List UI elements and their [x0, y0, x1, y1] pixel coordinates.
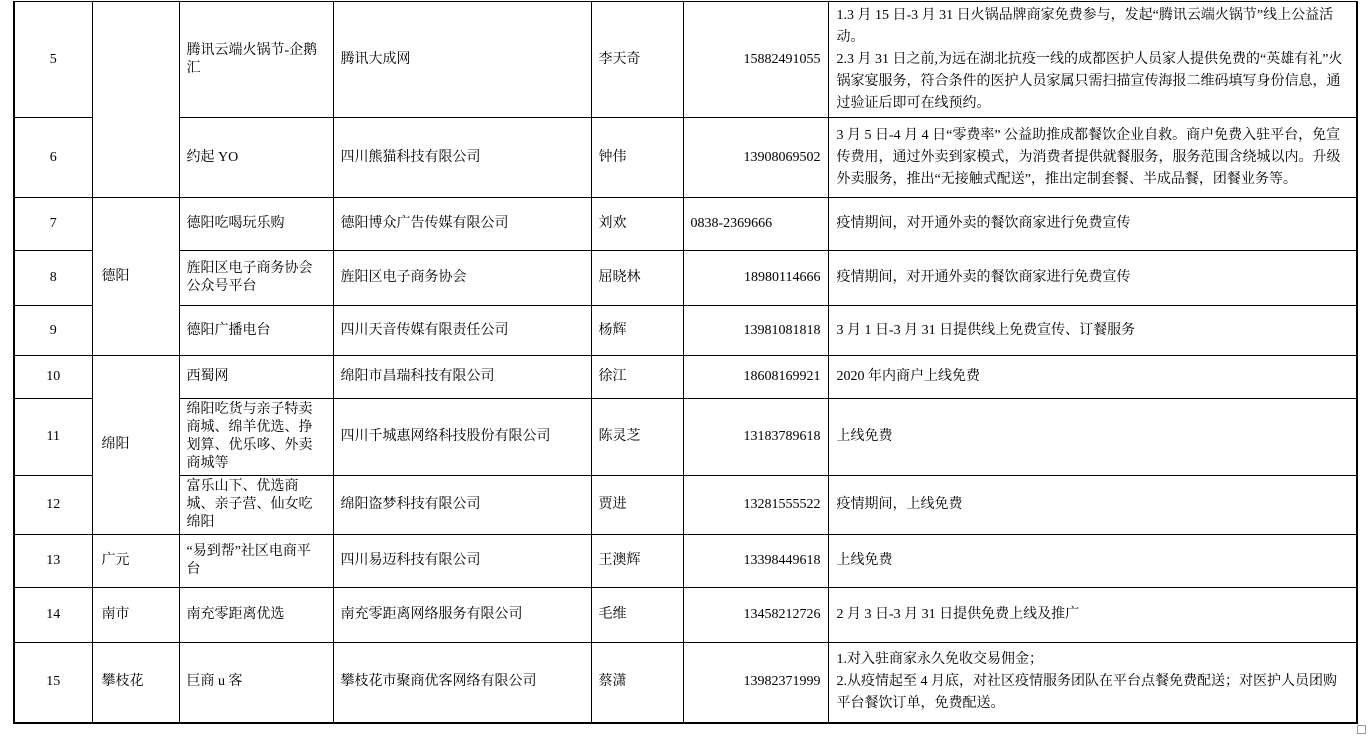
phone-cell: 13982371999 [683, 643, 828, 723]
city-cell [92, 2, 179, 198]
description-cell: 疫情期间，对开通外卖的餐饮商家进行免费宣传 [828, 251, 1357, 306]
platform-table: 5 腾讯云端火锅节-企鹅汇 腾讯大成网 李天奇 15882491055 1.3 … [13, 1, 1358, 724]
table-resize-handle[interactable] [1357, 725, 1366, 734]
description-paragraph: 疫情期间，对开通外卖的餐饮商家进行免费宣传 [837, 267, 1349, 289]
description-paragraph: 疫情期间，对开通外卖的餐饮商家进行免费宣传 [837, 213, 1349, 235]
description-paragraph: 1.对入驻商家永久免收交易佣金； [837, 649, 1349, 671]
phone-cell: 15882491055 [683, 2, 828, 118]
city-cell: 德阳 [92, 198, 179, 356]
phone-cell: 13398449618 [683, 535, 828, 588]
contact-cell: 王澳辉 [591, 535, 683, 588]
contact-cell: 李天奇 [591, 2, 683, 118]
table-row: 10 绵阳 西蜀网 绵阳市昌瑞科技有限公司 徐江 18608169921 202… [14, 356, 1357, 399]
table-row: 12 富乐山下、优选商城、亲子营、仙女吃绵阳 绵阳盗梦科技有限公司 贾进 132… [14, 476, 1357, 535]
document-table-container: 5 腾讯云端火锅节-企鹅汇 腾讯大成网 李天奇 15882491055 1.3 … [13, 1, 1358, 724]
phone-cell: 18608169921 [683, 356, 828, 399]
description-paragraph: 3 月 1 日-3 月 31 日提供线上免费宣传、订餐服务 [837, 320, 1349, 342]
description-cell: 疫情期间，对开通外卖的餐饮商家进行免费宣传 [828, 198, 1357, 251]
contact-cell: 杨辉 [591, 306, 683, 356]
contact-cell: 毛维 [591, 588, 683, 643]
city-cell: 绵阳 [92, 356, 179, 535]
row-number-cell: 13 [14, 535, 92, 588]
row-number-cell: 15 [14, 643, 92, 723]
contact-cell: 蔡潇 [591, 643, 683, 723]
description-paragraph: 2 月 3 日-3 月 31 日提供免费上线及推广 [837, 604, 1349, 626]
row-number-cell: 14 [14, 588, 92, 643]
description-cell: 3 月 5 日-4 月 4 日“零费率” 公益助推成都餐饮企业自救。商户免费入驻… [828, 118, 1357, 198]
platform-cell: 绵阳吃货与亲子特卖商城、绵羊优选、挣划算、优乐哆、外卖商城等 [179, 399, 333, 476]
description-cell: 3 月 1 日-3 月 31 日提供线上免费宣传、订餐服务 [828, 306, 1357, 356]
contact-cell: 刘欢 [591, 198, 683, 251]
table-row: 8 旌阳区电子商务协会公众号平台 旌阳区电子商务协会 屈晓林 189801146… [14, 251, 1357, 306]
company-cell: 腾讯大成网 [333, 2, 591, 118]
phone-cell: 13458212726 [683, 588, 828, 643]
city-cell: 广元 [92, 535, 179, 588]
description-paragraph: 疫情期间，上线免费 [837, 494, 1349, 516]
table-row: 5 腾讯云端火锅节-企鹅汇 腾讯大成网 李天奇 15882491055 1.3 … [14, 2, 1357, 118]
city-cell: 攀枝花 [92, 643, 179, 723]
platform-cell: 富乐山下、优选商城、亲子营、仙女吃绵阳 [179, 476, 333, 535]
phone-cell: 18980114666 [683, 251, 828, 306]
row-number-cell: 7 [14, 198, 92, 251]
description-cell: 2020 年内商户上线免费 [828, 356, 1357, 399]
description-paragraph: 2.从疫情起至 4 月底，对社区疫情服务团队在平台点餐免费配送；对医护人员团购平… [837, 671, 1349, 715]
contact-cell: 陈灵芝 [591, 399, 683, 476]
description-paragraph: 2.3 月 31 日之前,为远在湖北抗疫一线的成都医护人员家人提供免费的“英雄有… [837, 49, 1349, 115]
row-number-cell: 5 [14, 2, 92, 118]
phone-cell: 13281555522 [683, 476, 828, 535]
description-cell: 2 月 3 日-3 月 31 日提供免费上线及推广 [828, 588, 1357, 643]
company-cell: 四川熊猫科技有限公司 [333, 118, 591, 198]
table-row: 13 广元 “易到帮”社区电商平台 四川易迈科技有限公司 王澳辉 1339844… [14, 535, 1357, 588]
company-cell: 四川千城惠网络科技股份有限公司 [333, 399, 591, 476]
phone-cell: 13183789618 [683, 399, 828, 476]
company-cell: 南充零距离网络服务有限公司 [333, 588, 591, 643]
row-number-cell: 12 [14, 476, 92, 535]
description-cell: 疫情期间，上线免费 [828, 476, 1357, 535]
description-paragraph: 上线免费 [837, 550, 1349, 572]
platform-cell: 南充零距离优选 [179, 588, 333, 643]
city-cell: 南市 [92, 588, 179, 643]
description-paragraph: 3 月 5 日-4 月 4 日“零费率” 公益助推成都餐饮企业自救。商户免费入驻… [837, 125, 1349, 191]
platform-cell: “易到帮”社区电商平台 [179, 535, 333, 588]
description-cell: 上线免费 [828, 535, 1357, 588]
contact-cell: 徐江 [591, 356, 683, 399]
platform-cell: 约起 YO [179, 118, 333, 198]
company-cell: 旌阳区电子商务协会 [333, 251, 591, 306]
description-paragraph: 1.3 月 15 日-3 月 31 日火锅品牌商家免费参与，发起“腾讯云端火锅节… [837, 5, 1349, 49]
phone-cell: 13981081818 [683, 306, 828, 356]
row-number-cell: 9 [14, 306, 92, 356]
row-number-cell: 8 [14, 251, 92, 306]
contact-cell: 钟伟 [591, 118, 683, 198]
company-cell: 攀枝花市聚商优客网络有限公司 [333, 643, 591, 723]
table-row: 11 绵阳吃货与亲子特卖商城、绵羊优选、挣划算、优乐哆、外卖商城等 四川千城惠网… [14, 399, 1357, 476]
table-row: 7 德阳 德阳吃喝玩乐购 德阳博众广告传媒有限公司 刘欢 0838-236966… [14, 198, 1357, 251]
company-cell: 绵阳市昌瑞科技有限公司 [333, 356, 591, 399]
contact-cell: 贾进 [591, 476, 683, 535]
company-cell: 四川易迈科技有限公司 [333, 535, 591, 588]
phone-cell: 13908069502 [683, 118, 828, 198]
description-paragraph: 2020 年内商户上线免费 [837, 366, 1349, 388]
row-number-cell: 11 [14, 399, 92, 476]
contact-cell: 屈晓林 [591, 251, 683, 306]
company-cell: 绵阳盗梦科技有限公司 [333, 476, 591, 535]
phone-cell: 0838-2369666 [683, 198, 828, 251]
company-cell: 德阳博众广告传媒有限公司 [333, 198, 591, 251]
description-cell: 1.3 月 15 日-3 月 31 日火锅品牌商家免费参与，发起“腾讯云端火锅节… [828, 2, 1357, 118]
table-row: 14 南市 南充零距离优选 南充零距离网络服务有限公司 毛维 134582127… [14, 588, 1357, 643]
table-row: 15 攀枝花 巨商 u 客 攀枝花市聚商优客网络有限公司 蔡潇 13982371… [14, 643, 1357, 723]
platform-cell: 巨商 u 客 [179, 643, 333, 723]
table-row: 9 德阳广播电台 四川天音传媒有限责任公司 杨辉 13981081818 3 月… [14, 306, 1357, 356]
row-number-cell: 6 [14, 118, 92, 198]
description-cell: 1.对入驻商家永久免收交易佣金； 2.从疫情起至 4 月底，对社区疫情服务团队在… [828, 643, 1357, 723]
description-paragraph: 上线免费 [837, 426, 1349, 448]
platform-cell: 德阳广播电台 [179, 306, 333, 356]
description-cell: 上线免费 [828, 399, 1357, 476]
platform-cell: 旌阳区电子商务协会公众号平台 [179, 251, 333, 306]
company-cell: 四川天音传媒有限责任公司 [333, 306, 591, 356]
platform-cell: 西蜀网 [179, 356, 333, 399]
platform-cell: 德阳吃喝玩乐购 [179, 198, 333, 251]
row-number-cell: 10 [14, 356, 92, 399]
platform-cell: 腾讯云端火锅节-企鹅汇 [179, 2, 333, 118]
table-row: 6 约起 YO 四川熊猫科技有限公司 钟伟 13908069502 3 月 5 … [14, 118, 1357, 198]
